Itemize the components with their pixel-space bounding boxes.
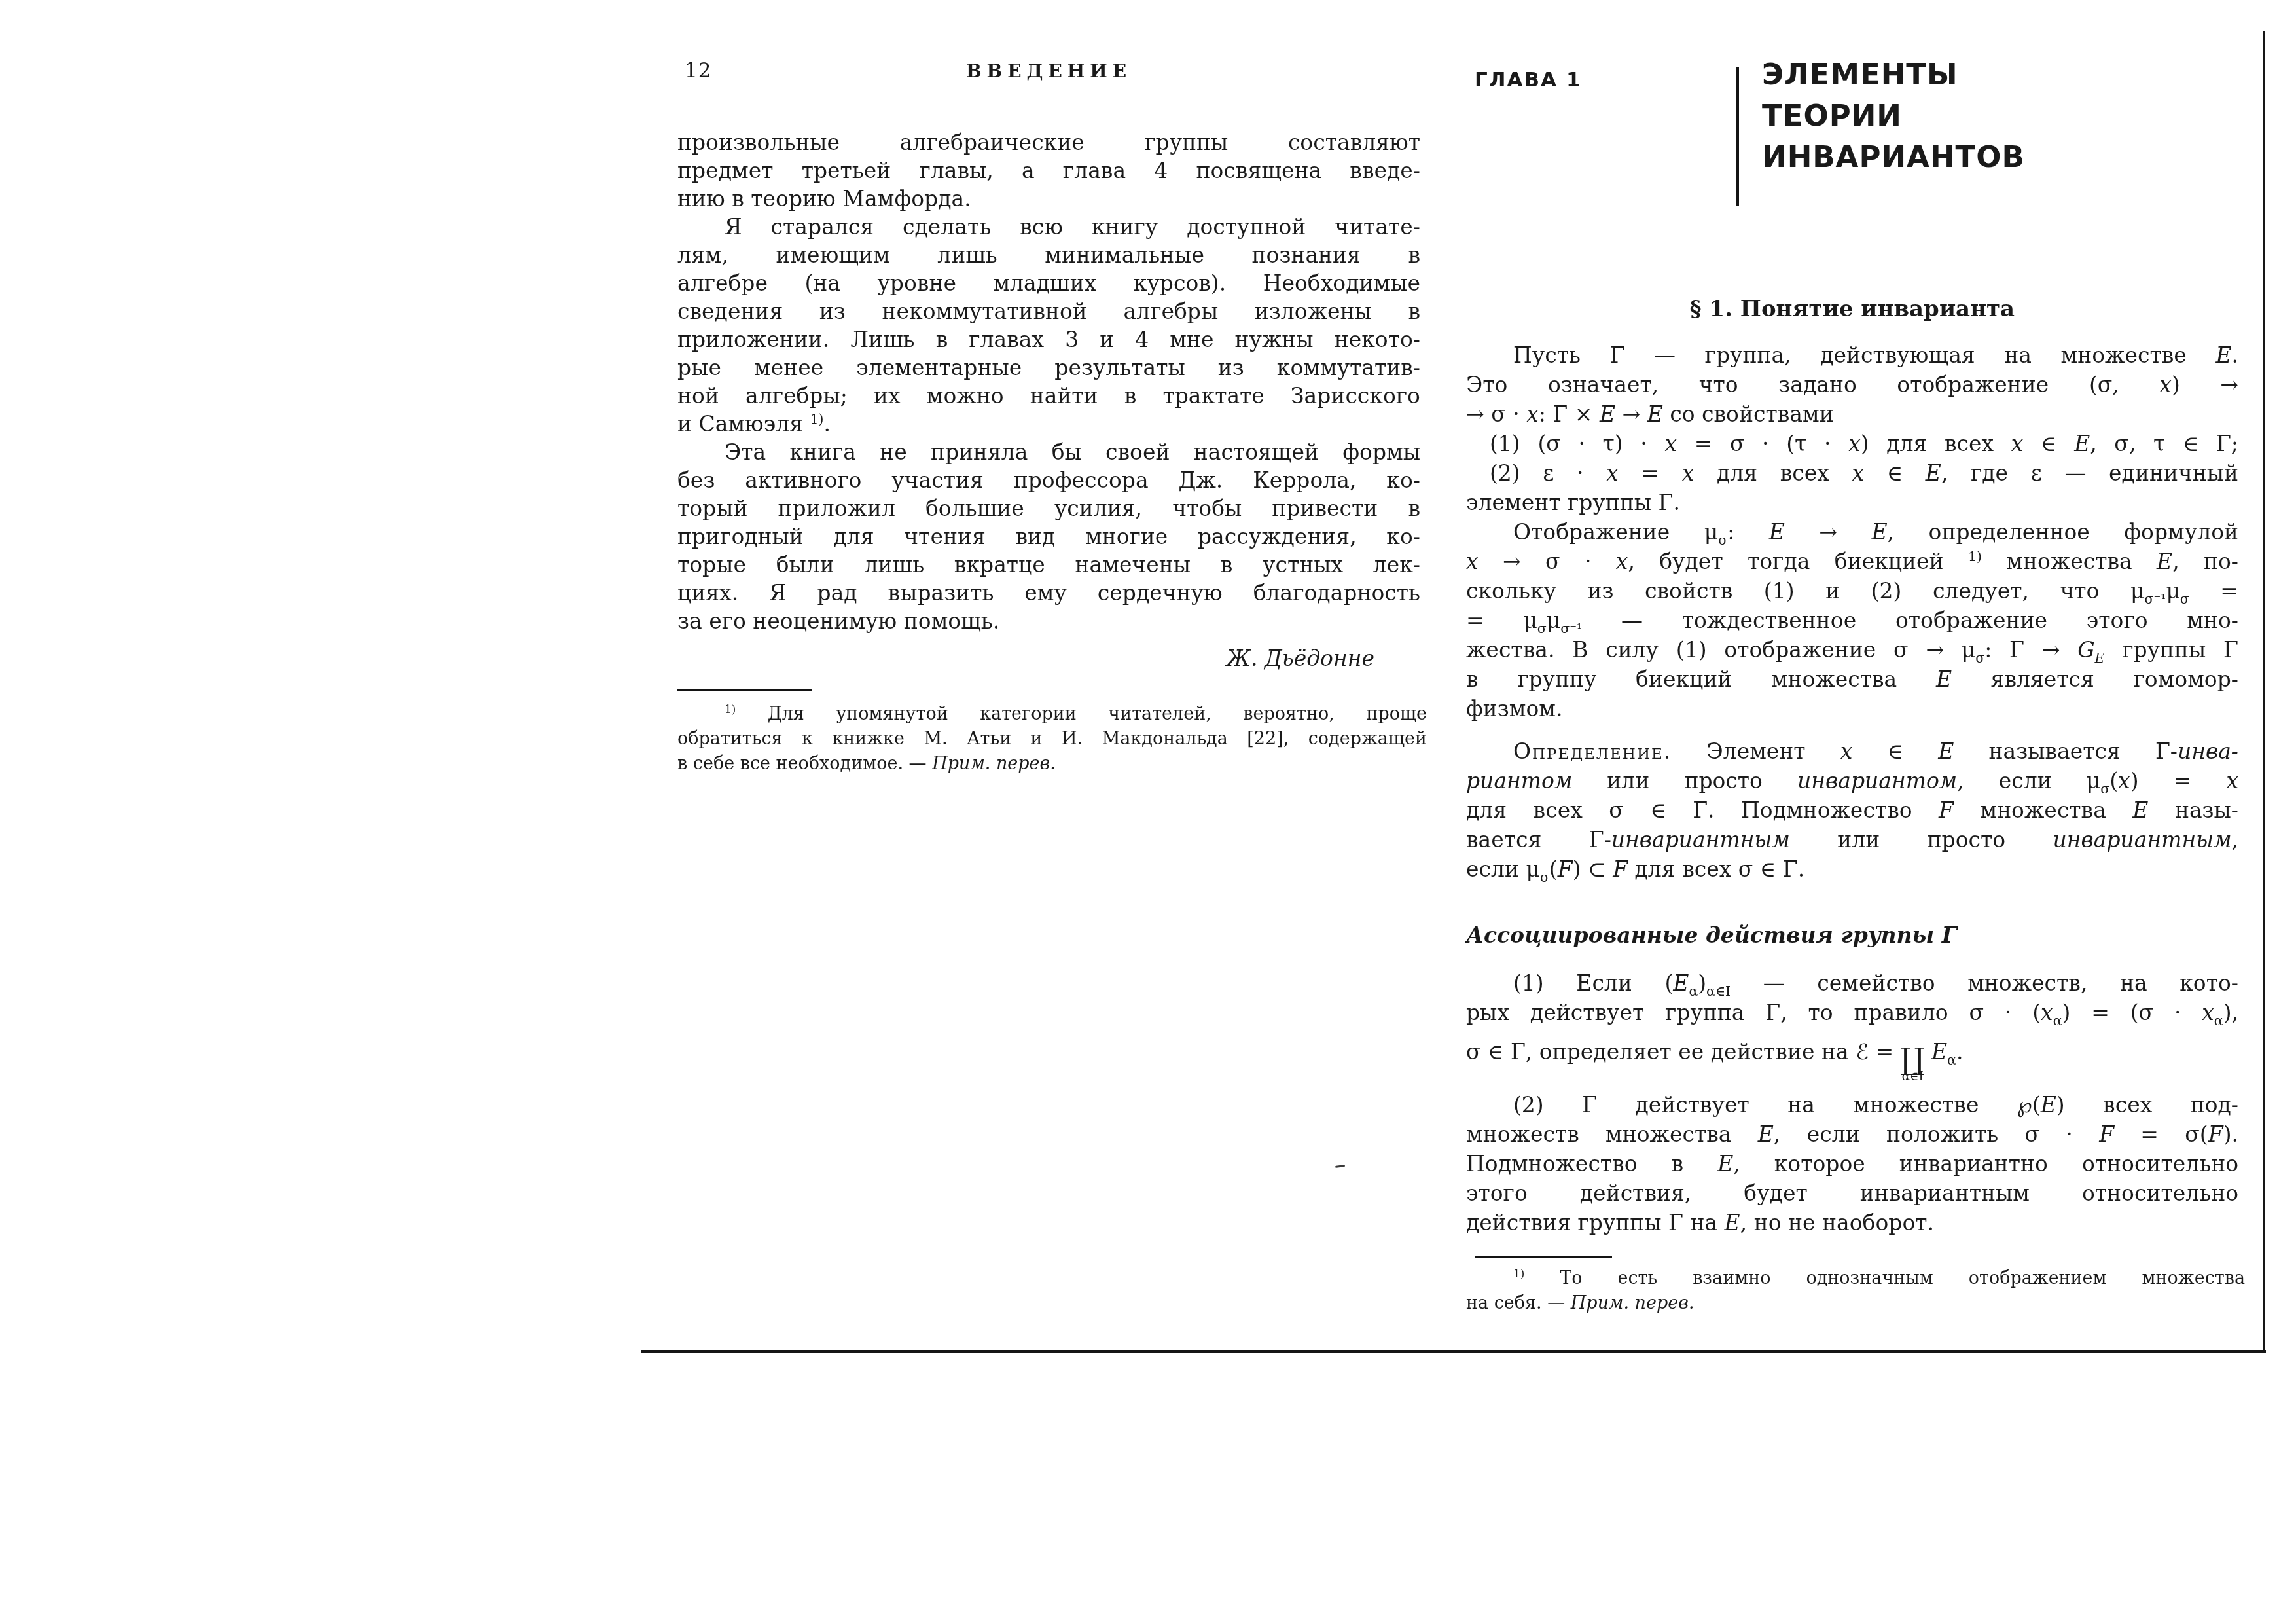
chapter-label: ГЛАВА 1 [1475, 68, 1581, 92]
text-line: алгебре (на уровне младших курсов). Необ… [677, 269, 1420, 297]
running-head: ВВЕДЕНИЕ [677, 60, 1420, 82]
text-line: в группу биекций множества E является го… [1466, 665, 2238, 694]
text-line: Ассоциированные действия группы Γ [1466, 921, 2238, 950]
text-line: циях. Я рад выразить ему сердечную благо… [677, 579, 1420, 607]
text-line: ТЕОРИИ [1762, 95, 2246, 136]
text-line: для всех σ ∈ Γ. Подмножество F множества… [1466, 795, 2238, 825]
text-line: Ж. Дьёдонне [677, 644, 1420, 672]
text-line: Определение. Элемент x ∈ E называется Γ-… [1466, 737, 2238, 766]
text-line: физмом. [1466, 694, 2238, 723]
text-line: сведения из некоммутативной алгебры изло… [677, 297, 1420, 325]
text-line: вается Γ-инвариантным или просто инвариа… [1466, 825, 2238, 854]
text-line: предмет третьей главы, а глава 4 посвяще… [677, 156, 1420, 185]
text-line: жества. В силу (1) отображение σ → μσ: Γ… [1466, 635, 2238, 665]
chapter-title-rule [1736, 67, 1739, 206]
text-line: рых действует группа Γ, то правило σ · (… [1466, 998, 2238, 1027]
text-line: риантом или просто инвариантом, если μσ(… [1466, 766, 2238, 795]
text-line: лям, имеющим лишь минимальные познания в [677, 241, 1420, 269]
text-line: произвольные алгебраические группы соста… [677, 128, 1420, 156]
text-line: Пусть Γ — группа, действующая на множест… [1466, 340, 2238, 370]
text-line: = μσμσ⁻¹ — тождественное отображение это… [1466, 606, 2238, 635]
text-line: нию в теорию Мамфорда. [677, 185, 1420, 213]
text-line: Я старался сделать всю книгу доступной ч… [677, 213, 1420, 241]
text-line: скольку из свойств (1) и (2) следует, чт… [1466, 576, 2238, 606]
text-line: ЭЛЕМЕНТЫ [1762, 54, 2246, 95]
text-line: рые менее элементарные результаты из ком… [677, 354, 1420, 382]
text-line: Подмножество в E, которое инвариантно от… [1466, 1149, 2238, 1178]
text-line: Это означает, что задано отображение (σ,… [1466, 370, 2238, 399]
text-line: за его неоценимую помощь. [677, 607, 1420, 635]
scan-artifact [1335, 1165, 1345, 1168]
text-line: ной алгебры; их можно найти в трактате З… [677, 382, 1420, 410]
text-line: множеств множества E, если положить σ · … [1466, 1120, 2238, 1149]
text-line: элемент группы Γ. [1466, 488, 2238, 517]
book-scan-spread: 12 ВВЕДЕНИЕ произвольные алгебраические … [0, 0, 2296, 1623]
text-line: (1) (σ · τ) · x = σ · (τ · x) для всех x… [1466, 429, 2238, 458]
text-line: и Самюэля 1). [677, 410, 1420, 438]
text-line: торые были лишь вкратце намечены в устны… [677, 551, 1420, 579]
text-line: (1) Если (Eα)α∈I — семейство множеств, н… [1466, 968, 2238, 998]
text-line: 1) Для упомянутой категории читателей, в… [677, 702, 1427, 727]
footnote-rule [1475, 1256, 1612, 1258]
text-line: на себя. — Прим. перев. [1466, 1291, 2245, 1316]
text-line: Отображение μσ: E → E, определенное форм… [1466, 517, 2238, 547]
text-line: этого действия, будет инвариантным относ… [1466, 1178, 2238, 1208]
text-line: обратиться к книжке М. Атьи и И. Макдона… [677, 727, 1427, 752]
left-page-body: произвольные алгебраические группы соста… [677, 128, 1420, 672]
scan-right-edge [2263, 31, 2265, 1353]
right-page-footnote: 1) То есть взаимно однозначным отображен… [1466, 1266, 2245, 1316]
text-line: 1) То есть взаимно однозначным отображен… [1466, 1266, 2245, 1291]
footnote-rule [677, 689, 812, 691]
left-page-footnote: 1) Для упомянутой категории читателей, в… [677, 702, 1427, 776]
section-heading: § 1. Понятие инварианта [1466, 296, 2238, 322]
coproduct-symbol: ∐α∈I [1901, 1046, 1925, 1083]
text-line: без активного участия профессора Дж. Кер… [677, 466, 1420, 494]
text-line: приложении. Лишь в главах 3 и 4 мне нужн… [677, 325, 1420, 354]
text-line: ИНВАРИАНТОВ [1762, 136, 2246, 177]
text-line: → σ · x: Γ × E → E со свойствами [1466, 399, 2238, 429]
right-page-body: Пусть Γ — группа, действующая на множест… [1466, 340, 2238, 1237]
text-line: действия группы Γ на E, но не наоборот. [1466, 1208, 2238, 1237]
text-line: если μσ(F) ⊂ F для всех σ ∈ Γ. [1466, 854, 2238, 884]
text-line: в себе все необходимое. — Прим. перев. [677, 752, 1427, 776]
text-line: σ ∈ Γ, определяет ее действие на ℰ = ∐α∈… [1466, 1031, 2238, 1082]
text-line: (2) Γ действует на множестве ℘(E) всех п… [1466, 1090, 2238, 1120]
scan-bottom-edge [641, 1350, 2266, 1353]
text-line: пригодный для чтения вид многие рассужде… [677, 522, 1420, 551]
text-line: торый приложил большие усилия, чтобы при… [677, 494, 1420, 522]
text-line: (2) ε · x = x для всех x ∈ E, где ε — ед… [1466, 458, 2238, 488]
text-line: Эта книга не приняла бы своей настоящей … [677, 438, 1420, 466]
chapter-title: ЭЛЕМЕНТЫТЕОРИИИНВАРИАНТОВ [1762, 54, 2246, 177]
text-line: x → σ · x, будет тогда биекцией 1) множе… [1466, 547, 2238, 576]
